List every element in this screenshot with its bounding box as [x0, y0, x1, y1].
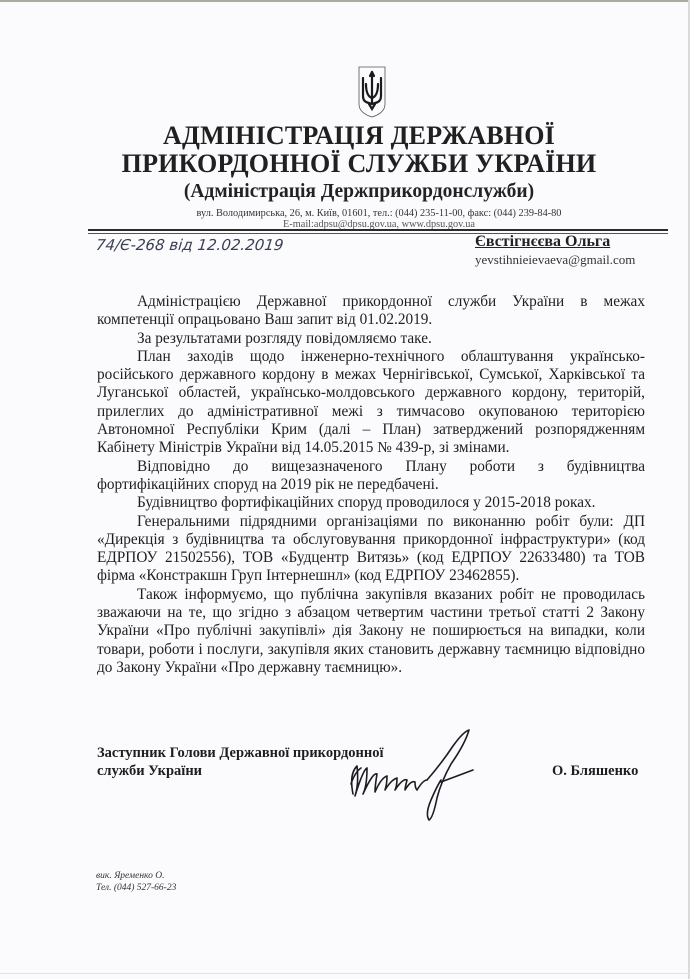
org-email-web: E-mail:adpsu@dpsu.gov.ua, www.dpsu.gov.u… [189, 219, 569, 229]
trident-emblem-icon [358, 66, 386, 118]
org-address: вул. Володимирська, 26, м. Київ, 01601, … [189, 208, 569, 219]
executor-name: вик. Яременко О. [96, 870, 176, 882]
signatory-position: Заступник Голови Державної прикордонної … [97, 744, 384, 780]
signatory-position-line2: служби України [97, 762, 384, 780]
body-paragraph: Адміністрацією Державної прикордонної сл… [97, 293, 645, 330]
recipient-email: yevstihnieievaeva@gmail.com [475, 252, 635, 268]
scan-bottom-edge [0, 973, 690, 974]
body-paragraph: Також інформуємо, що публічна закупівля … [97, 586, 645, 677]
org-short-name: (Адміністрація Держприкордонслужби) [14, 181, 690, 203]
signatory-position-line1: Заступник Голови Державної прикордонної [97, 744, 384, 762]
handwritten-registration-number: 74/Є-268 від 12.02.2019 [95, 236, 284, 254]
letterhead-divider-thick [88, 229, 668, 231]
body-paragraph: Генеральними підрядними організаціями по… [97, 513, 645, 586]
handwritten-signature-icon [345, 724, 495, 824]
signatory-name: О. Бляшенко [552, 763, 638, 780]
body-paragraph: Будівництво фортифікаційних споруд прово… [97, 494, 645, 512]
recipient-name: Євстігнєєва Ольга [475, 233, 610, 251]
org-title-line1: АДМІНІСТРАЦІЯ ДЕРЖАВНОЇ [14, 121, 690, 151]
letter-body: Адміністрацією Державної прикордонної сл… [97, 293, 645, 677]
executor-phone: Тел. (044) 527-66-23 [96, 882, 176, 894]
executor-info: вик. Яременко О. Тел. (044) 527-66-23 [96, 870, 176, 894]
org-title-line2: ПРИКОРДОННОЇ СЛУЖБИ УКРАЇНИ [14, 149, 690, 179]
body-paragraph: План заходів щодо інженерно-технічного о… [97, 348, 645, 458]
body-paragraph: За результатами розгляду повідомляємо та… [97, 330, 645, 348]
scan-top-edge [0, 0, 690, 2]
body-paragraph: Відповідно до вищезазначеного Плану робо… [97, 458, 645, 495]
